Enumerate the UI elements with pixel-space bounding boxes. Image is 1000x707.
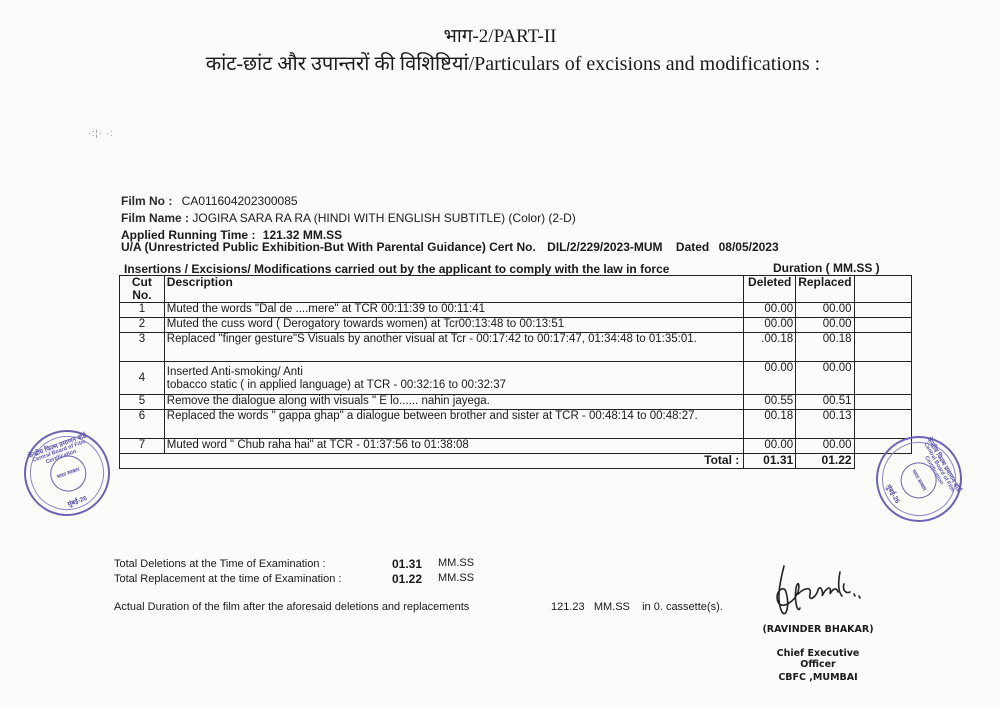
table-header-row: Cut No. Description Deleted Replaced <box>120 276 912 303</box>
total-replaced: 01.22 <box>796 454 854 469</box>
cut-description-line: tobacco static ( in applied language) at… <box>167 379 741 392</box>
replaced-duration: 00.18 <box>796 333 854 362</box>
header-blank <box>854 276 911 303</box>
document-subtitle: कांट-छांट और उपान्तरों की विशिष्टियां/Pa… <box>0 49 1000 76</box>
blank-cell <box>854 333 911 362</box>
duration-label: Duration ( MM.SS ) <box>773 261 880 275</box>
total-deleted: 01.31 <box>744 454 796 469</box>
table-row: 3 Replaced "finger gesture"S Visuals by … <box>120 333 912 362</box>
total-replacement-value: 01.22 <box>392 572 422 586</box>
cut-description: Muted the words "Dal de ....mere" at TCR… <box>164 303 743 318</box>
deleted-duration: 00.18 <box>744 410 796 439</box>
dated-label: Dated <box>676 240 709 254</box>
table-row: 2 Muted the cuss word ( Derogatory towar… <box>120 318 912 333</box>
replaced-duration: 00.00 <box>796 303 854 318</box>
deleted-duration: 00.55 <box>744 395 796 410</box>
total-deletions-label: Total Deletions at the Time of Examinati… <box>114 558 326 570</box>
deleted-duration: 00.00 <box>744 318 796 333</box>
header-description: Description <box>164 276 743 303</box>
blank-cell <box>854 410 911 439</box>
cut-number: 6 <box>120 410 165 439</box>
signatory-designation: Chief Executive Officer <box>758 648 878 670</box>
replaced-duration: 00.13 <box>796 410 854 439</box>
replaced-duration: 00.00 <box>796 318 854 333</box>
total-label: Total : <box>120 454 744 469</box>
cut-number: 1 <box>120 303 165 318</box>
replaced-duration: 00.00 <box>796 362 854 395</box>
cut-number: 4 <box>120 362 165 395</box>
film-name-label: Film Name : <box>121 211 189 225</box>
actual-duration-value: 121.23 MM.SS in 0. cassette(s). <box>551 601 723 613</box>
signatory-office: CBFC ,MUMBAI <box>758 672 878 683</box>
table-row: 1 Muted the words "Dal de ....mere" at T… <box>120 303 912 318</box>
cbfc-seal-left: केन्द्रीय फिल्म प्रमाणन बोर्ड Central Bo… <box>12 418 122 528</box>
film-number: CA011604202300085 <box>182 194 298 208</box>
actual-duration-label: Actual Duration of the film after the af… <box>114 601 469 613</box>
film-number-label: Film No : <box>121 194 172 208</box>
total-deletions-unit: MM.SS <box>438 557 474 569</box>
cut-description-line: Inserted Anti-smoking/ Anti <box>167 366 741 379</box>
cut-description: Inserted Anti-smoking/ Anti tobacco stat… <box>164 362 743 395</box>
cut-description: Remove the dialogue along with visuals "… <box>164 395 743 410</box>
cut-description: Replaced the words " gappa ghap" a dialo… <box>164 410 743 439</box>
cut-description: Muted the cuss word ( Derogatory towards… <box>164 318 743 333</box>
excisions-table: Cut No. Description Deleted Replaced 1 M… <box>119 275 912 469</box>
film-number-row: Film No : CA011604202300085 <box>121 194 298 208</box>
blank-cell <box>854 362 911 395</box>
table-row: 7 Muted word " Chub raha hai" at TCR - 0… <box>120 439 912 454</box>
header-cut-no: Cut No. <box>120 276 165 303</box>
total-row: Total : 01.31 01.22 <box>120 454 912 469</box>
certificate-number: DIL/2/229/2023-MUM <box>547 240 662 254</box>
signatory-name: (RAVINDER BHAKAR) <box>758 624 878 635</box>
total-replacement-label: Total Replacement at the time of Examina… <box>114 573 341 585</box>
scan-noise: ·:¦· ·: <box>88 128 116 138</box>
deleted-duration: 00.00 <box>744 362 796 395</box>
table-caption: Insertions / Excisions/ Modifications ca… <box>124 262 669 276</box>
part-title: भाग-2/PART-II <box>0 22 1000 48</box>
blank-cell <box>854 395 911 410</box>
cut-number: 5 <box>120 395 165 410</box>
replaced-duration: 00.00 <box>796 439 854 454</box>
certificate-category: U/A (Unrestricted Public Exhibition-But … <box>121 240 536 254</box>
total-replacement-unit: MM.SS <box>438 572 474 584</box>
signature <box>764 562 874 622</box>
header-deleted: Deleted <box>744 276 796 303</box>
film-name-row: Film Name : JOGIRA SARA RA RA (HINDI WIT… <box>121 211 576 225</box>
header-replaced: Replaced <box>796 276 854 303</box>
blank-cell <box>854 303 911 318</box>
replaced-duration: 00.51 <box>796 395 854 410</box>
film-name: JOGIRA SARA RA RA (HINDI WITH ENGLISH SU… <box>192 211 575 225</box>
table-row: 4 Inserted Anti-smoking/ Anti tobacco st… <box>120 362 912 395</box>
blank-cell <box>854 318 911 333</box>
table-row: 5 Remove the dialogue along with visuals… <box>120 395 912 410</box>
cut-description: Replaced "finger gesture"S Visuals by an… <box>164 333 743 362</box>
deleted-duration: 00.00 <box>744 303 796 318</box>
cut-number: 2 <box>120 318 165 333</box>
cut-description: Muted word " Chub raha hai" at TCR - 01:… <box>164 439 743 454</box>
cut-number: 7 <box>120 439 165 454</box>
table-row: 6 Replaced the words " gappa ghap" a dia… <box>120 410 912 439</box>
certificate-date: 08/05/2023 <box>719 240 779 254</box>
cut-number: 3 <box>120 333 165 362</box>
total-deletions-value: 01.31 <box>392 557 422 571</box>
certificate-row: U/A (Unrestricted Public Exhibition-But … <box>121 240 779 254</box>
deleted-duration: .00.18 <box>744 333 796 362</box>
deleted-duration: 00.00 <box>744 439 796 454</box>
